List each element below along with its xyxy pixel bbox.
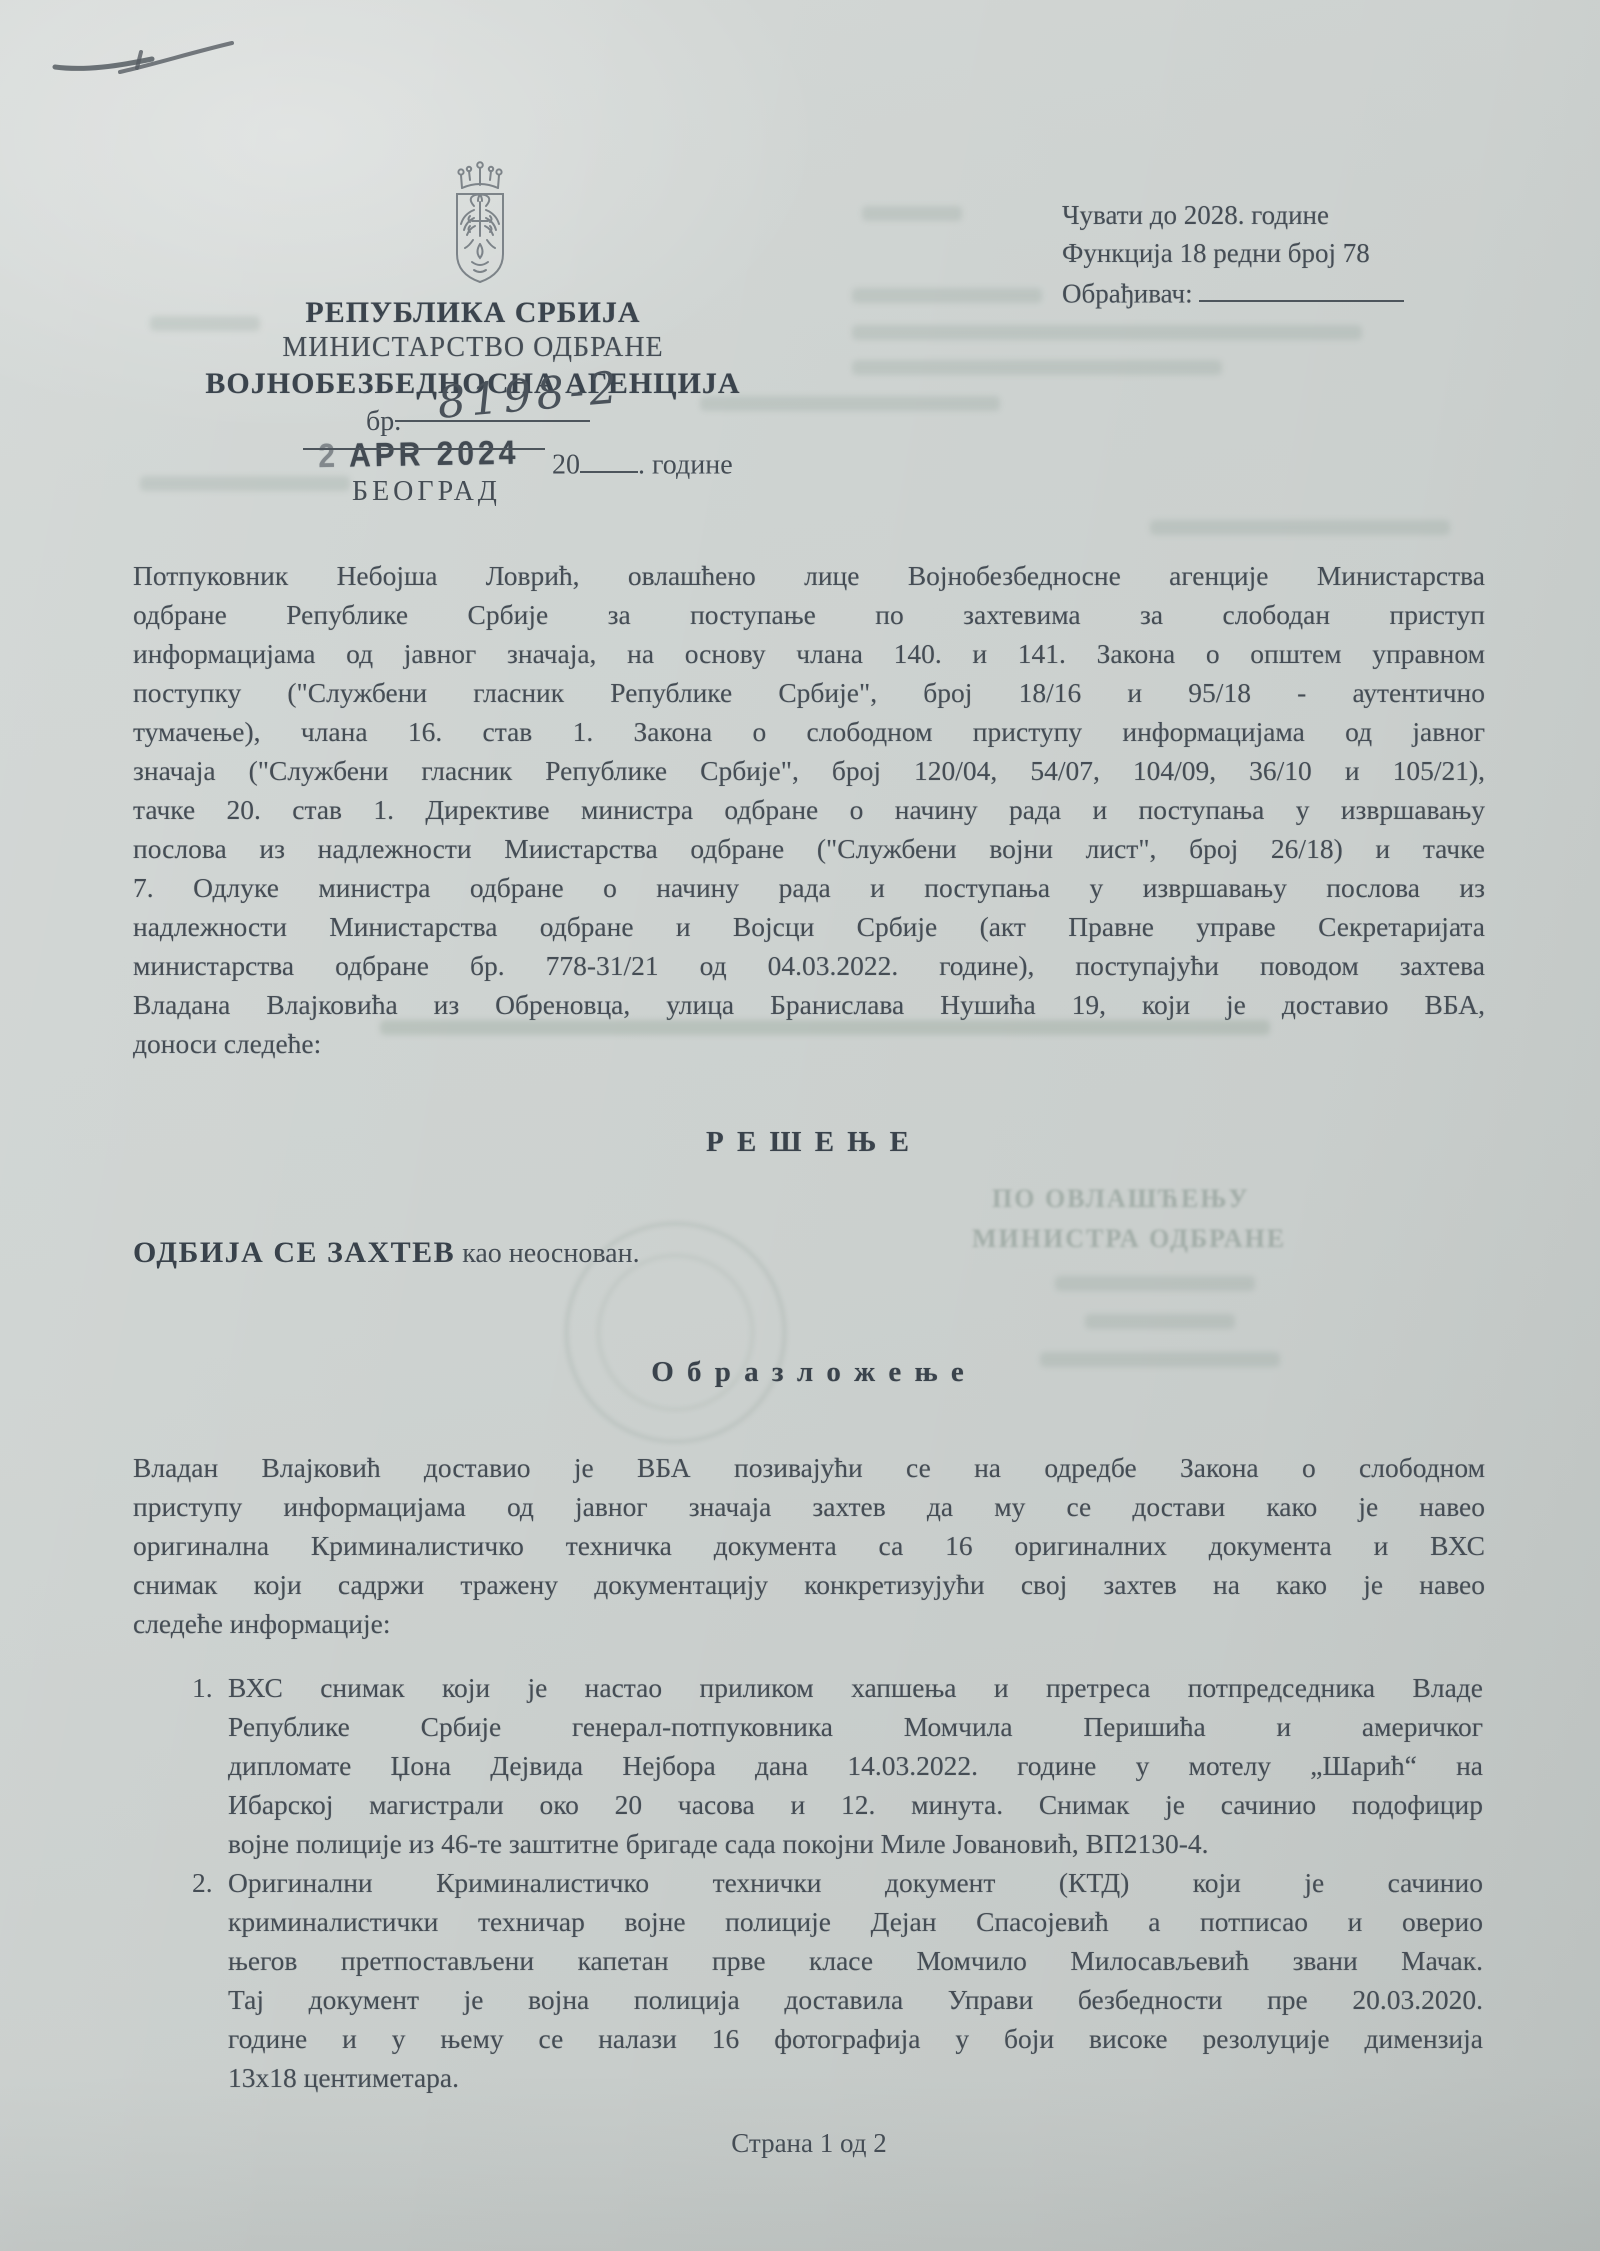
intro-paragraph-line: одбране Републике Србије за поступање по… <box>133 595 1485 634</box>
processor-line: Обрађивач: <box>1062 272 1482 312</box>
retention-line: Чувати до 2028. године <box>1062 196 1482 234</box>
decision-heading: Р Е Ш Е Њ Е <box>133 1126 1485 1159</box>
bleed-through-artifact <box>1055 1276 1255 1291</box>
processor-blank-line <box>1199 272 1404 302</box>
bleed-through-minister-line: МИНИСТРА ОДБРАНЕ <box>972 1224 1286 1254</box>
stamp-month-year: APR 2024 <box>349 434 520 474</box>
intro-paragraph-line: послова из надлежности Миистарства одбра… <box>133 829 1485 868</box>
number-underline <box>395 420 590 422</box>
explanation-paragraph: Владан Влајковић доставио је ВБА позивај… <box>133 1448 1485 1643</box>
list-item-line: Републике Србије генерал-потпуковника Мо… <box>228 1707 1483 1746</box>
intro-paragraph-line: министарства одбране бр. 778-31/21 од 04… <box>133 946 1485 985</box>
decision-statement: ОДБИЈА СЕ ЗАХТЕВ као неоснован. <box>133 1236 640 1270</box>
list-item-line: ВХС снимак који је настао приликом хапше… <box>228 1668 1483 1707</box>
list-item-line: године и у њему се налази 16 фотографија… <box>228 2019 1483 2058</box>
intro-paragraph-line: значаја ("Службени гласник Републике Срб… <box>133 751 1485 790</box>
intro-paragraph-line: тумачење), члана 16. став 1. Закона о сл… <box>133 712 1485 751</box>
bleed-through-artifact <box>852 325 1362 340</box>
intro-paragraph-line: информацијама од јавног значаја, на осно… <box>133 634 1485 673</box>
year-line: 20. године <box>552 442 733 481</box>
bleed-through-artifact <box>150 316 260 331</box>
bleed-through-artifact <box>852 288 1042 303</box>
retention-note-block: Чувати до 2028. године Функција 18 редни… <box>1062 196 1482 312</box>
list-item-line: криминалистички техничар војне полиције … <box>228 1902 1483 1941</box>
decision-statement-bold: ОДБИЈА СЕ ЗАХТЕВ <box>133 1236 455 1269</box>
number-label: бр. <box>366 406 401 438</box>
intro-paragraph-line: Потпуковник Небојша Ловрић, овлашћено ли… <box>133 556 1485 595</box>
list-item-line: војне полиције из 46-те заштитне бригаде… <box>228 1824 1483 1863</box>
bleed-through-artifact <box>852 360 1222 375</box>
intro-paragraph-line: поступку ("Службени гласник Републике Ср… <box>133 673 1485 712</box>
list-item-line: Ибарској магистрали око 20 часова и 12. … <box>228 1785 1483 1824</box>
bleed-through-artifact <box>1150 520 1450 535</box>
intro-paragraph-line: тачке 20. став 1. Директиве министра одб… <box>133 790 1485 829</box>
bleed-through-artifact <box>380 1020 1270 1035</box>
bleed-through-artifact <box>700 396 1000 411</box>
processor-label: Обрађивач: <box>1062 278 1193 308</box>
bleed-through-artifact <box>140 476 350 491</box>
pen-scribble-mark <box>40 30 260 90</box>
intro-paragraph-line: 7. Одлуке министра одбране о начину рада… <box>133 868 1485 907</box>
list-item-line: Тај документ је војна полиција доставила… <box>228 1980 1483 2019</box>
explanation-paragraph-line: снимак који садржи тражену документацију… <box>133 1565 1485 1604</box>
explanation-paragraph-line: приступу информацијама од јавног значаја… <box>133 1487 1485 1526</box>
explanation-paragraph-line: следеће информације: <box>133 1604 1485 1643</box>
bleed-through-authorization-line: ПО ОВЛАШЋЕЊУ <box>992 1184 1250 1214</box>
intro-paragraph-line: надлежности Министарства одбране и Војсц… <box>133 907 1485 946</box>
list-item-line: дипломате Џона Дејвида Нејбора дана 14.0… <box>228 1746 1483 1785</box>
year-prefix: 20 <box>552 449 580 480</box>
explanation-heading: О б р а з л о ж е њ е <box>133 1356 1485 1389</box>
stamp-day: 2 <box>318 438 339 475</box>
list-item-line: Оригинални Криминалистичко технички доку… <box>228 1863 1483 1902</box>
list-item-number: 1. <box>192 1668 222 1707</box>
explanation-paragraph-line: Владан Влајковић доставио је ВБА позивај… <box>133 1448 1485 1487</box>
year-blank-line <box>580 442 638 473</box>
list-item: ВХС снимак који је настао приликом хапше… <box>228 1668 1483 1863</box>
scanned-document-page: Чувати до 2028. године Функција 18 редни… <box>0 0 1600 2251</box>
function-line: Функција 18 редни број 78 <box>1062 234 1482 272</box>
date-underline <box>303 448 545 450</box>
explanation-paragraph-line: оригинална Криминалистичко техничка доку… <box>133 1526 1485 1565</box>
ministry-title: МИНИСТАРСТВО ОДБРАНЕ <box>128 330 818 365</box>
list-item: Оригинални Криминалистичко технички доку… <box>228 1863 1483 2097</box>
decision-statement-rest: као неоснован. <box>455 1238 639 1269</box>
city-label: БЕОГРАД <box>352 476 501 508</box>
date-received-stamp: 2APR 2024 <box>318 434 520 476</box>
intro-paragraph-line: Владана Влајковића из Обреновца, улица Б… <box>133 985 1485 1024</box>
list-item-line: његов претпостављени капетан прве класе … <box>228 1941 1483 1980</box>
year-suffix: . године <box>638 449 733 480</box>
intro-paragraph: Потпуковник Небојша Ловрић, овлашћено ли… <box>133 556 1485 1063</box>
bleed-through-artifact <box>1085 1314 1235 1329</box>
list-item-line: 13x18 центиметара. <box>228 2058 1483 2097</box>
bleed-through-artifact <box>862 206 962 221</box>
list-item-number: 2. <box>192 1863 222 1902</box>
page-indicator: Страна 1 од 2 <box>133 2128 1485 2159</box>
serbia-coat-of-arms-icon <box>430 158 530 298</box>
